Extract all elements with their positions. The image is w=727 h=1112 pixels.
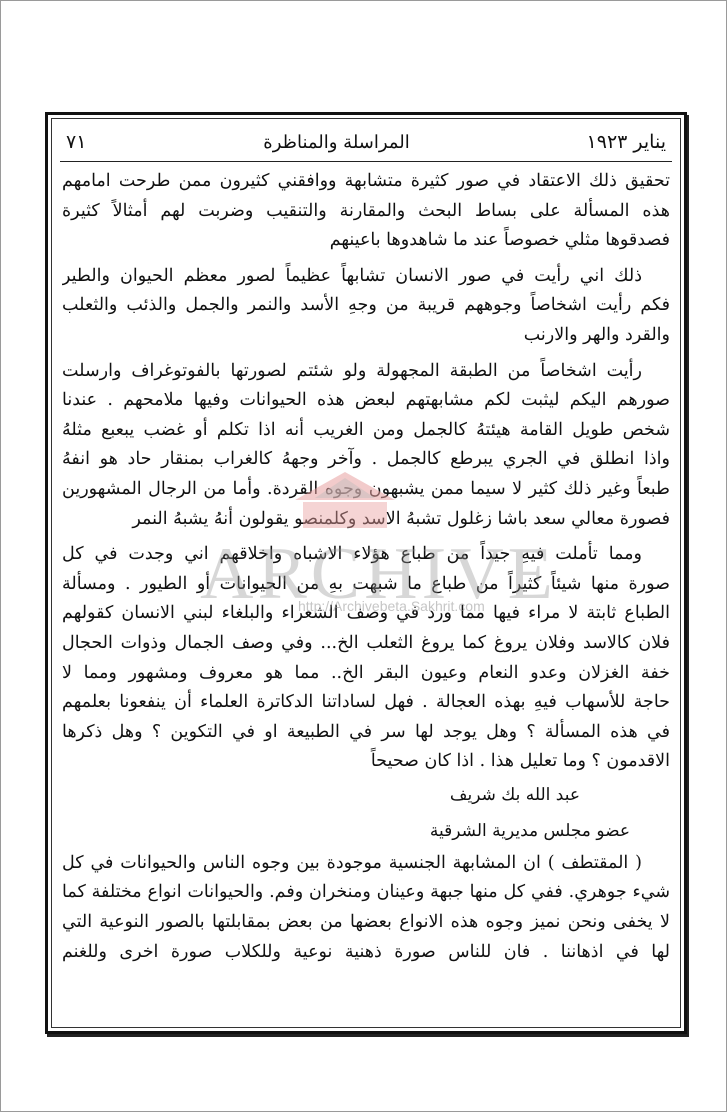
issue-date: يناير ١٩٢٣ <box>587 131 666 153</box>
running-header: ٧١ المراسلة والمناظرة يناير ١٩٢٣ <box>66 127 666 157</box>
text-line: والقرد والهر والارنب <box>62 321 670 351</box>
text-line: الاقدمون ؟ وما تعليل هذا . اذا كان صحيحا… <box>62 747 670 777</box>
section-title: المراسلة والمناظرة <box>263 132 409 153</box>
article-body: تحقيق ذلك الاعتقاد في صور كثيرة متشابهة … <box>62 167 670 967</box>
text-line: فصدقوها مثلي خصوصاً عند ما شاهدوها باعين… <box>62 226 670 256</box>
text-line: تحقيق ذلك الاعتقاد في صور كثيرة متشابهة … <box>62 167 670 197</box>
text-line: رأيت اشخاصاً من الطبقة المجهولة ولو شئتم… <box>62 357 670 387</box>
reply-line: لها في اذهاننا . فان للناس صورة ذهنية نو… <box>62 938 670 968</box>
text-line: فكم رأيت اشخاصاً وجوههم قريبة من وجهِ ال… <box>62 291 670 321</box>
signature-role: عضو مجلس مديرية الشرقية <box>62 813 670 849</box>
header-divider <box>60 161 672 162</box>
text-line: فصورة معالي سعد باشا زغلول تشبهُ الاسد و… <box>62 505 670 535</box>
text-line: ذلك اني رأيت في صور الانسان تشابهاً عظيم… <box>62 262 670 292</box>
reply-line: لا يخفى ونحن نميز وجوه هذه الانواع بعضها… <box>62 908 670 938</box>
reply-line: ( المقتطف ) ان المشابهة الجنسية موجودة ب… <box>62 849 670 879</box>
text-line: خفة الغزلان وعدو النعام وعيون البقر الخ.… <box>62 659 670 689</box>
signature-name: عبد الله بك شريف <box>62 777 670 813</box>
text-line: هذه المسألة على بساط البحث والمقارنة وال… <box>62 197 670 227</box>
text-line: في هذه المسألة ؟ وهل يوجد لها سر في الطب… <box>62 718 670 748</box>
text-line: حاجة للأسهاب فيهِ بهذه العجالة . فهل لسا… <box>62 688 670 718</box>
page-frame: ٧١ المراسلة والمناظرة يناير ١٩٢٣ تحقيق ذ… <box>45 112 687 1034</box>
text-line: ومما تأملت فيهِ جيداً من طباع هؤلاء الاش… <box>62 540 670 570</box>
text-line: فلان كالاسد وفلان يروغ كما يروغ الثعلب ا… <box>62 629 670 659</box>
text-line: صورهم اليكم ليثبت لكم مشابهتهم لبعض هذه … <box>62 386 670 416</box>
page-number: ٧١ <box>66 131 86 153</box>
text-line: الطباع ثابتة لا مراء فيها مما ورد في وصف… <box>62 599 670 629</box>
text-line: واذا انطلق في الجري يبرطع كالجمل . وآخر … <box>62 445 670 475</box>
text-line: صورة منها شيئاً كثيراً من طباع ما شبهت ب… <box>62 570 670 600</box>
text-line: شخص طويل القامة هيئتهُ كالجمل ومن الغريب… <box>62 416 670 446</box>
reply-line: شيء جوهري. ففي كل منها جبهة وعينان ومنخر… <box>62 878 670 908</box>
text-line: طبعاً وغير ذلك كثير لا سيما ممن يشبهون و… <box>62 475 670 505</box>
